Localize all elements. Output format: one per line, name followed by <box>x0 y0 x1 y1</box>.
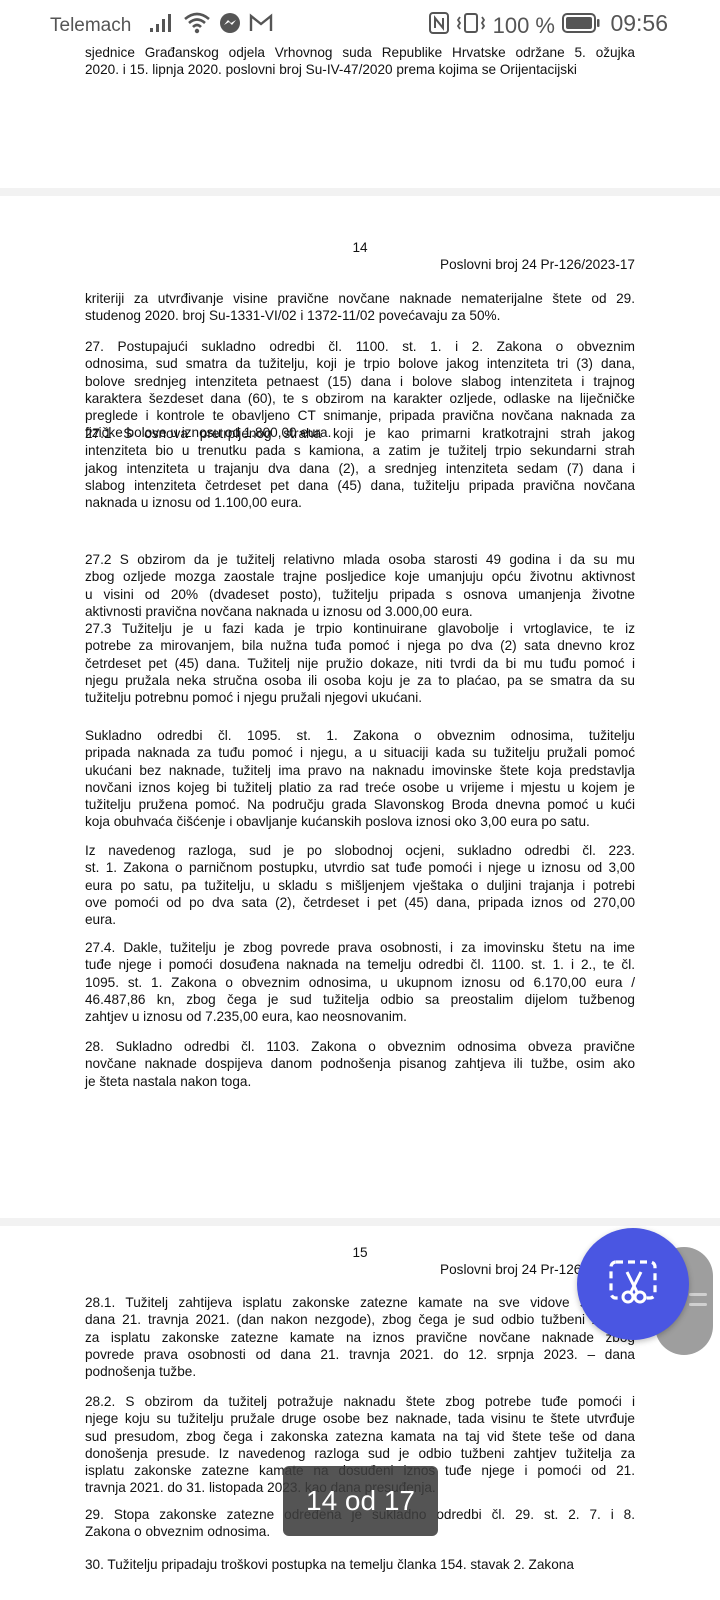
clock: 09:56 <box>610 10 668 36</box>
paragraph-27-4: 27.4. Dakle, tužitelju je zbog povrede p… <box>85 939 635 1025</box>
pdf-document-viewer[interactable]: sjednice Građanskog odjela Vrhovnog suda… <box>0 0 720 1600</box>
text-line: dana 21. travnja 2021. (dan nakon nezgod… <box>85 1311 635 1328</box>
text-line: njegu pružala neka stručna osoba ili oso… <box>85 672 635 689</box>
status-bar: Telemach 100 % 09:56 <box>0 0 720 44</box>
text-line: 1095. st. 1. Zakona o obveznim odnosima,… <box>85 974 635 991</box>
text-line: preglede i kontrole te obavljeno CT snim… <box>85 407 635 424</box>
text-line: ukućani bez naknade, tužitelj ima pravo … <box>85 762 635 779</box>
text-line: 27.1 S osnova pretrpljenog straha koji j… <box>85 425 635 442</box>
text-line: zahtjev u iznosu od 7.235,00 eura, kao n… <box>85 1008 635 1025</box>
text-line: 30. Tužitelju pripadaju troškovi postupk… <box>85 1556 635 1573</box>
text-line: 27.3 Tužitelju je u fazi kada je trpio k… <box>85 620 635 637</box>
text-line: tuđe njege i pomoći dosuđena naknada na … <box>85 956 635 973</box>
text-line: bolove srednjeg intenziteta petnaest (15… <box>85 373 635 390</box>
page-indicator: 14 od 17 <box>283 1466 438 1536</box>
text-line: intenziteta bio u trenutku pada s kamion… <box>85 442 635 459</box>
text-line: eura. <box>85 911 635 928</box>
text-line: Iz navedenog razloga, sud je po slobodno… <box>85 842 635 859</box>
page-separator <box>0 188 720 196</box>
gmail-icon <box>249 13 273 38</box>
paragraph-intro: kriteriji za utvrđivanje visine pravične… <box>85 290 635 325</box>
text-line: pripada naknada za tuđu pomoć i njegu, a… <box>85 744 635 761</box>
paragraph-30: 30. Tužitelju pripadaju troškovi postupk… <box>85 1556 635 1573</box>
text-line: novčane naknade dospijeva danom podnošen… <box>85 1055 635 1072</box>
text-line: 27. Postupajući sukladno odredbi čl. 110… <box>85 338 635 355</box>
screenshot-scissors-icon <box>607 1256 659 1313</box>
text-line: tužitelju potrebnu pomoć i njegu pružali… <box>85 689 635 706</box>
text-line: za isplatu zakonske zatezne kamate na iz… <box>85 1329 635 1346</box>
wifi-icon <box>183 12 211 39</box>
text-line: eura po satu, pa tužitelju, u skladu s m… <box>85 877 635 894</box>
text-line: sjednice Građanskog odjela Vrhovnog suda… <box>85 44 635 61</box>
text-line: kriteriji za utvrđivanje visine pravične… <box>85 290 635 307</box>
text-line: studenog 2020. broj Su-1331-VI/02 i 1372… <box>85 307 635 324</box>
text-line: aktivnosti pravična novčana naknada u iz… <box>85 603 635 620</box>
battery-icon <box>562 13 600 38</box>
paragraph-27-1: 27.1 S osnova pretrpljenog straha koji j… <box>85 425 635 511</box>
text-line: 27.2 S obzirom da je tužitelj relativno … <box>85 551 635 568</box>
paragraph-223: Iz navedenog razloga, sud je po slobodno… <box>85 842 635 928</box>
text-line: povrede prava osobnosti od dana 21. trav… <box>85 1346 635 1363</box>
vibrate-icon <box>456 12 486 39</box>
text-line: ove pomoći od po dva sata (2), četrdeset… <box>85 894 635 911</box>
text-line: koja obuhvaća čišćenje i obavljanje kuća… <box>85 813 635 830</box>
text-line: 46.487,86 kn, zbog čega je sud tužitelja… <box>85 991 635 1008</box>
battery-percent: 100 % <box>493 13 555 39</box>
screenshot-fab-button[interactable] <box>577 1228 689 1340</box>
text-line: podnošenja tužbe. <box>85 1363 635 1380</box>
text-line: 2020. i 15. lipnja 2020. poslovni broj S… <box>85 61 635 78</box>
text-line: 27.4. Dakle, tužitelju je zbog povrede p… <box>85 939 635 956</box>
messenger-icon <box>219 12 241 39</box>
nfc-icon <box>429 12 449 39</box>
page-separator <box>0 1218 720 1226</box>
carrier-name: Telemach <box>50 15 131 37</box>
text-line: tužitelju pružena pomoć. Na području gra… <box>85 796 635 813</box>
paragraph-1095: Sukladno odredbi čl. 1095. st. 1. Zakona… <box>85 727 635 831</box>
text-line: 28. Sukladno odredbi čl. 1103. Zakona o … <box>85 1038 635 1055</box>
text-line: slabog intenziteta četrdeset pet dana (4… <box>85 477 635 494</box>
text-line: zbog ozljede mozga zaostale trajne poslj… <box>85 568 635 585</box>
signal-icon <box>149 13 175 38</box>
text-line: sud presudom, zbog čega i zakonska zatez… <box>85 1428 635 1445</box>
text-line: 28.2. S obzirom da tužitelj potražuje na… <box>85 1393 635 1410</box>
text-line: 28.1. Tužitelj zahtijeva isplatu zakonsk… <box>85 1294 635 1311</box>
text-line: jakog intenziteta u trajanju dva dana (2… <box>85 460 635 477</box>
text-line: naknada u iznosu od 1.100,00 eura. <box>85 494 635 511</box>
text-line: karaktera šezdeset dana (60), te s obzir… <box>85 390 635 407</box>
text-line: njege koju su tužitelju pružale druge os… <box>85 1410 635 1427</box>
text-line: potrebe za mirovanjem, bila nužna tuđa p… <box>85 637 635 654</box>
paragraph-28: 28. Sukladno odredbi čl. 1103. Zakona o … <box>85 1038 635 1090</box>
page-number: 14 <box>0 240 720 255</box>
text-line: odnosima, sud smatra da tužitelju, koji … <box>85 355 635 372</box>
paragraph-27-2: 27.2 S obzirom da je tužitelj relativno … <box>85 551 635 620</box>
paragraph-28-1: 28.1. Tužitelj zahtijeva isplatu zakonsk… <box>85 1294 635 1380</box>
paragraph-27-3: 27.3 Tužitelju je u fazi kada je trpio k… <box>85 620 635 706</box>
text-line: je šteta nastala nakon toga. <box>85 1073 635 1090</box>
text-line: novčani iznos kojeg bi tužitelj platio z… <box>85 779 635 796</box>
case-number-header: Poslovni broj 24 Pr-126/2023-17 <box>440 257 635 272</box>
text-line: Sukladno odredbi čl. 1095. st. 1. Zakona… <box>85 727 635 744</box>
text-line: četrdeset pet (45) dana. Tužitelj nije p… <box>85 655 635 672</box>
text-line: st. 1. Zakona o parničnom postupku, utvr… <box>85 859 635 876</box>
text-line: u visini od 20% (dvadeset posto), tužite… <box>85 586 635 603</box>
page-13-tail-paragraph: sjednice Građanskog odjela Vrhovnog suda… <box>85 44 635 79</box>
text-line: donošenja presude. Iz navedenog razloga … <box>85 1445 635 1462</box>
